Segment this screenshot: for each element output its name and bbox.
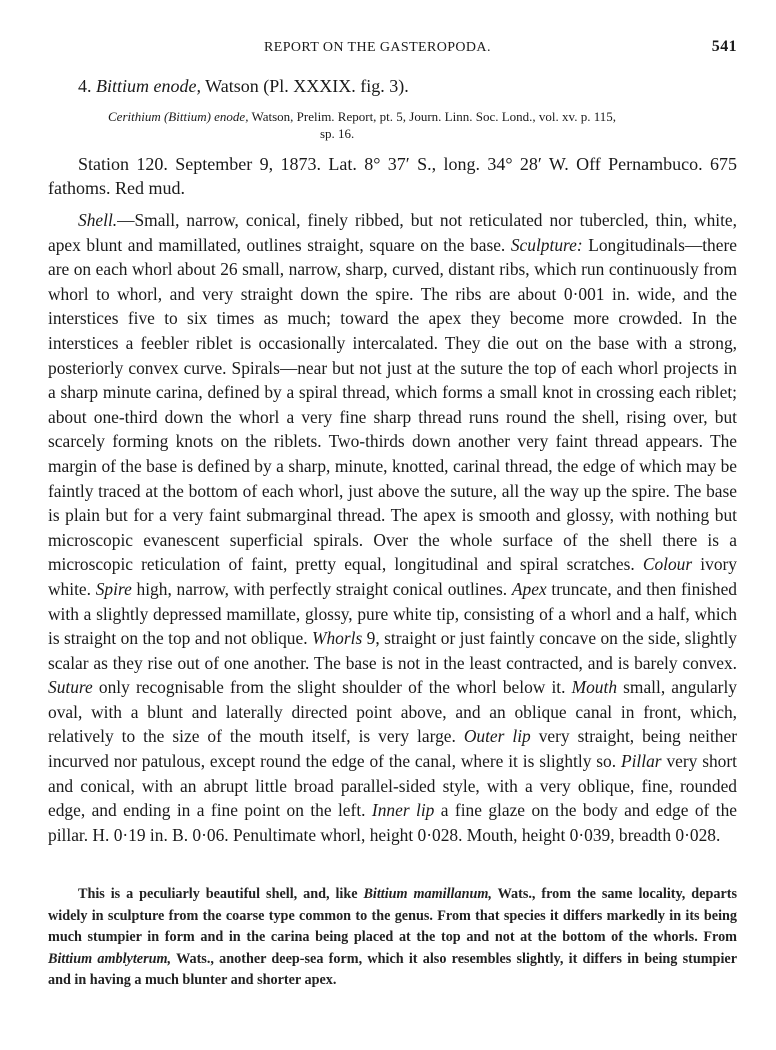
station-text: Station 120. September 9, 1873. Lat. 8° … [48,152,737,200]
species-heading: 4. Bittium enode, Watson (Pl. XXXIX. fig… [78,76,409,97]
synonymy-reference: Cerithium (Bittium) enode, Watson, Preli… [108,108,737,142]
species-name: Bittium enode, [96,76,201,96]
species-author-ref: Watson (Pl. XXXIX. fig. 3). [201,76,409,96]
italic-term: Bittium amblyterum, [48,951,171,967]
species-number: 4. [78,76,92,96]
italic-term: Mouth [572,677,617,697]
italic-term: Whorls [312,628,362,648]
page-number: 541 [712,38,737,56]
italic-term: Inner lip [372,800,434,820]
italic-term: Sculpture: [511,235,583,255]
description-paragraph: Shell.—Small, narrow, conical, finely ri… [48,208,737,847]
italic-term: Bittium mamillanum, [363,886,492,902]
italic-term: Outer lip [464,726,531,746]
italic-term: Pillar [621,751,662,771]
synonym-ref-cont: sp. 16. [108,125,737,142]
italic-term: Colour [643,554,692,574]
synonym-name: Cerithium (Bittium) enode, [108,109,248,124]
remarks-note: This is a peculiarly beautiful shell, an… [48,884,737,992]
italic-term: Suture [48,677,93,697]
station-info: Station 120. September 9, 1873. Lat. 8° … [48,152,737,200]
italic-term: Apex [512,579,547,599]
running-title: REPORT ON THE GASTEROPODA. [264,40,491,56]
italic-term: Spire [96,579,132,599]
note-paragraph: This is a peculiarly beautiful shell, an… [48,884,737,992]
italic-term: Shell. [78,210,117,230]
running-header: REPORT ON THE GASTEROPODA. 541 [48,40,737,60]
synonym-ref: Watson, Prelim. Report, pt. 5, Journ. Li… [248,109,616,124]
shell-description: Shell.—Small, narrow, conical, finely ri… [48,208,737,847]
